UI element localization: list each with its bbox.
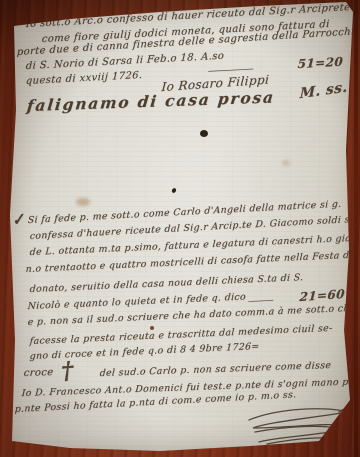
amount-top: 51=20 [297, 55, 343, 71]
cross-label: croce [23, 367, 54, 379]
fox-spot [282, 160, 290, 166]
ink-blot [200, 130, 208, 137]
amount-main: 21=60 [299, 287, 345, 304]
ruled-dash: ——— [247, 295, 272, 307]
occupation-line: falignamo di casa prosa [26, 87, 276, 115]
photo-of-document: Io sott.o Arc.o confesso di hauer riceut… [0, 0, 360, 457]
monogram: M. ss. [299, 79, 347, 102]
ink-blot [150, 326, 154, 330]
date-line: questa di xxviij 1726. [25, 70, 142, 87]
handwritten-line: donato, seruitio della casa noua delli c… [29, 272, 303, 295]
ink-blot [171, 187, 177, 193]
paper-sheet: Io sott.o Arc.o confesso di hauer riceut… [0, 0, 360, 457]
witness-cross-icon: † [60, 355, 75, 385]
handwritten-line: del sud.o Carlo p. non sa scriuere come … [99, 360, 331, 379]
fox-spot [76, 198, 90, 206]
margin-checkmark: ✓ [10, 209, 26, 229]
wood-groove-line [354, 0, 358, 457]
